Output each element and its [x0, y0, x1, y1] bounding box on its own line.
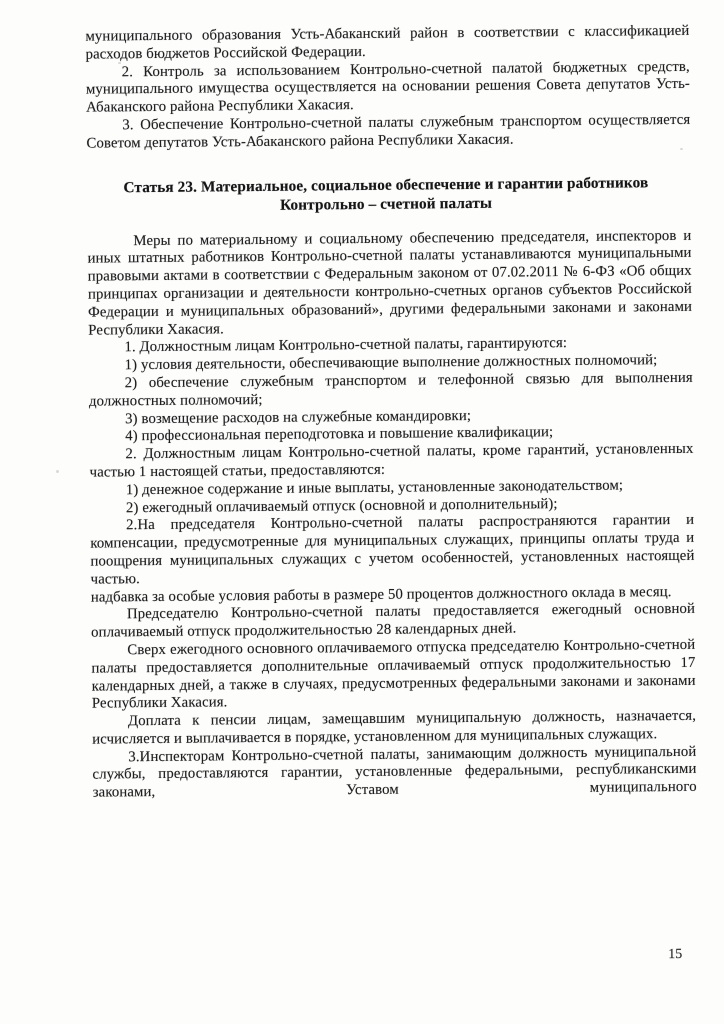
paragraph-inspectors: 3.Инспекторам Контрольно-счетной палаты,…: [92, 743, 696, 802]
paragraph-measures: Меры по материальному и социальному обес…: [87, 227, 692, 340]
scanned-document-page: муниципального образования Усть-Абаканск…: [0, 0, 724, 1024]
paragraph-pension-supplement: Доплата к пенсии лицам, замещавшим муниц…: [92, 708, 696, 749]
article-23-heading: Статья 23. Материальное, социальное обес…: [87, 172, 685, 217]
page-number: 15: [668, 947, 682, 963]
paragraph-chairman-guarantees: 2.На председателя Контрольно-счетной пал…: [90, 512, 695, 589]
article-heading-line1: Статья 23. Материальное, социальное обес…: [123, 174, 648, 196]
page-sheet: муниципального образования Усть-Абаканск…: [0, 0, 724, 1024]
paragraph-item-3: 3. Обеспечение Контрольно-счетной палаты…: [86, 112, 690, 153]
article-heading-line2: Контрольно – счетной палаты: [280, 195, 492, 214]
paragraph-subitem-2: 2) обеспечение служебным транспортом и т…: [89, 370, 693, 411]
paragraph-continuation: муниципального образования Усть-Абаканск…: [85, 23, 689, 64]
text-block: муниципального образования Усть-Абаканск…: [0, 0, 724, 804]
paragraph-additional-guarantees: 2. Должностным лицам Контрольно-счетной …: [89, 441, 693, 482]
paragraph-main-leave-28: Председателю Контрольно-счетной палаты п…: [91, 601, 695, 642]
paragraph-extra-leave-17: Сверх ежегодного основного оплачиваемого…: [91, 637, 696, 714]
paragraph-item-2: 2. Контроль за использованием Контрольно…: [86, 58, 690, 117]
